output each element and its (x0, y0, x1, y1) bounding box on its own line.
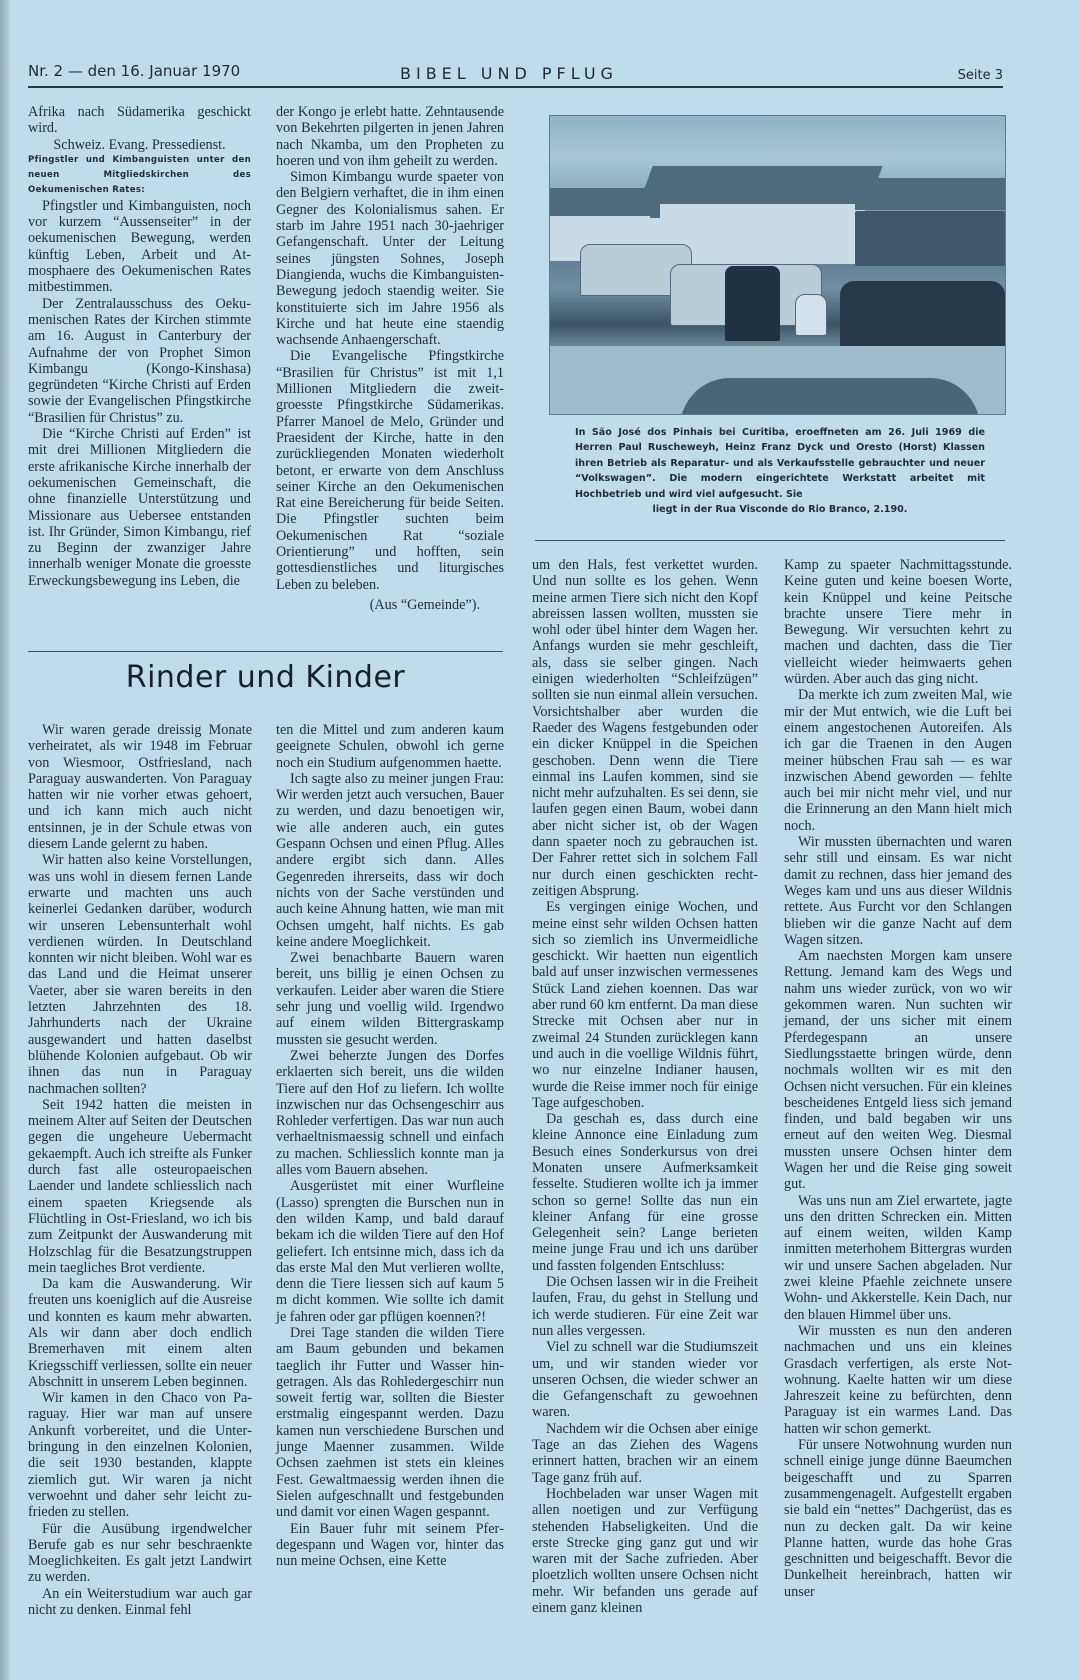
paragraph: Kamp zu spaeter Nachmittagsstun­de. Kein… (784, 557, 1012, 687)
main-article-col-3: um den Hals, fest verkettet wurden. Und … (532, 557, 758, 1616)
page-binding-edge (0, 0, 10, 1680)
top-article-col-2: der Kongo je erlebt hatte. Zehntau­sende… (276, 104, 504, 613)
section-rule (535, 540, 1005, 541)
main-article-col-2: ten die Mittel und zum anderen kaum geei… (276, 722, 504, 1569)
top-article-col-1: Afrika nach Südamerika geschickt wird. S… (28, 104, 251, 589)
paragraph: Es vergingen einige Wochen, und meine ei… (532, 899, 758, 1111)
issue-date: Nr. 2 — den 16. Januar 1970 (28, 62, 240, 80)
paragraph: um den Hals, fest verkettet wurden. Und … (532, 557, 758, 899)
source-credit: (Aus “Gemeinde”). (276, 597, 504, 613)
paragraph: Ausgerüstet mit einer Wurfleine (Lasso) … (276, 1178, 504, 1325)
paragraph: Simon Kimbangu wurde spaeter von den Bel… (276, 169, 504, 348)
masthead: BIBEL UND PFLUG (400, 64, 618, 83)
paragraph: Nachdem wir die Ochsen aber einige Tage … (532, 1421, 758, 1486)
main-article-col-4: Kamp zu spaeter Nachmittagsstun­de. Kein… (784, 557, 1012, 1600)
paragraph: Hochbeladen war unser Wagen mit allen no… (532, 1486, 758, 1616)
caption-text: In São José dos Pinhais bei Curitiba, er… (575, 427, 985, 500)
paragraph: Ich sagte also zu meiner jungen Frau: Wi… (276, 771, 504, 950)
paragraph: Da kam die Auswanderung. Wir freuten uns… (28, 1276, 252, 1390)
paragraph: Die Evangelische Pfingstkirche “Brasilie… (276, 348, 504, 592)
source-credit: Schweiz. Evang. Pressedienst. (28, 137, 251, 153)
main-article-col-1: Wir waren gerade dreissig Mona­te verhei… (28, 722, 252, 1618)
paragraph: Die Ochsen lassen wir in die Frei­heit l… (532, 1274, 758, 1339)
paragraph: Viel zu schnell war die Studiums­zeit um… (532, 1339, 758, 1420)
subheadline: Pfingstler und Kimbanguisten unter den n… (28, 153, 251, 198)
page-number: Seite 3 (958, 68, 1003, 83)
paragraph: Wir kamen in den Chaco von Pa­raguay. Hi… (28, 1390, 252, 1520)
paragraph: Wir mussten übernachten und waren sehr s… (784, 834, 1012, 948)
paragraph: Drei Tage standen die wilden Tie­re am B… (276, 1325, 504, 1521)
paragraph: Zwei beherzte Jungen des Dorfes erklaert… (276, 1048, 504, 1178)
paragraph: der Kongo je erlebt hatte. Zehntau­sende… (276, 104, 504, 169)
paragraph: Wir mussten es nun den anderen nachmache… (784, 1323, 1012, 1437)
photo-caption: In São José dos Pinhais bei Curitiba, er… (575, 425, 985, 517)
paragraph: Ein Bauer fuhr mit seinem Pfer­degespann… (276, 1521, 504, 1570)
paragraph: Zwei benachbarte Bauern waren bereit, un… (276, 950, 504, 1048)
paragraph: Was uns nun am Ziel erwartete, jagte uns… (784, 1193, 1012, 1323)
workshop-photo (549, 115, 1006, 415)
header-rule (28, 86, 1003, 88)
continuation-text: Afrika nach Südamerika geschickt wird. (28, 104, 251, 137)
article-title: Rinder und Kinder (28, 660, 503, 695)
section-rule (28, 651, 503, 652)
paragraph: An ein Weiterstudium war auch gar nicht … (28, 1586, 252, 1619)
paragraph: ten die Mittel und zum anderen kaum geei… (276, 722, 504, 771)
paragraph: Pfingstler und Kimbanguisten, noch vor k… (28, 198, 251, 296)
paragraph: Die “Kirche Christi auf Er­den” ist mit … (28, 426, 251, 589)
paragraph: Wir waren gerade dreissig Mona­te verhei… (28, 722, 252, 852)
paragraph: Für unsere Notwohnung wurden nun schnell… (784, 1437, 1012, 1600)
paragraph: Wir hatten also keine Vorstel­lungen, wa… (28, 852, 252, 1096)
paragraph: Da geschah es, dass durch eine kleine An… (532, 1111, 758, 1274)
paragraph: Da merkte ich zum zweiten Mal, wie mir d… (784, 687, 1012, 834)
paragraph: Am naechsten Morgen kam un­sere Rettung.… (784, 948, 1012, 1192)
paragraph: Seit 1942 hatten die meisten in meinem A… (28, 1097, 252, 1276)
paragraph: Für die Ausübung irgendwelcher Berufe ga… (28, 1521, 252, 1586)
paragraph: Der Zentralausschuss des Oeku­menischen … (28, 296, 251, 426)
caption-address: liegt in der Rua Visconde do Rio Branco,… (575, 502, 985, 517)
